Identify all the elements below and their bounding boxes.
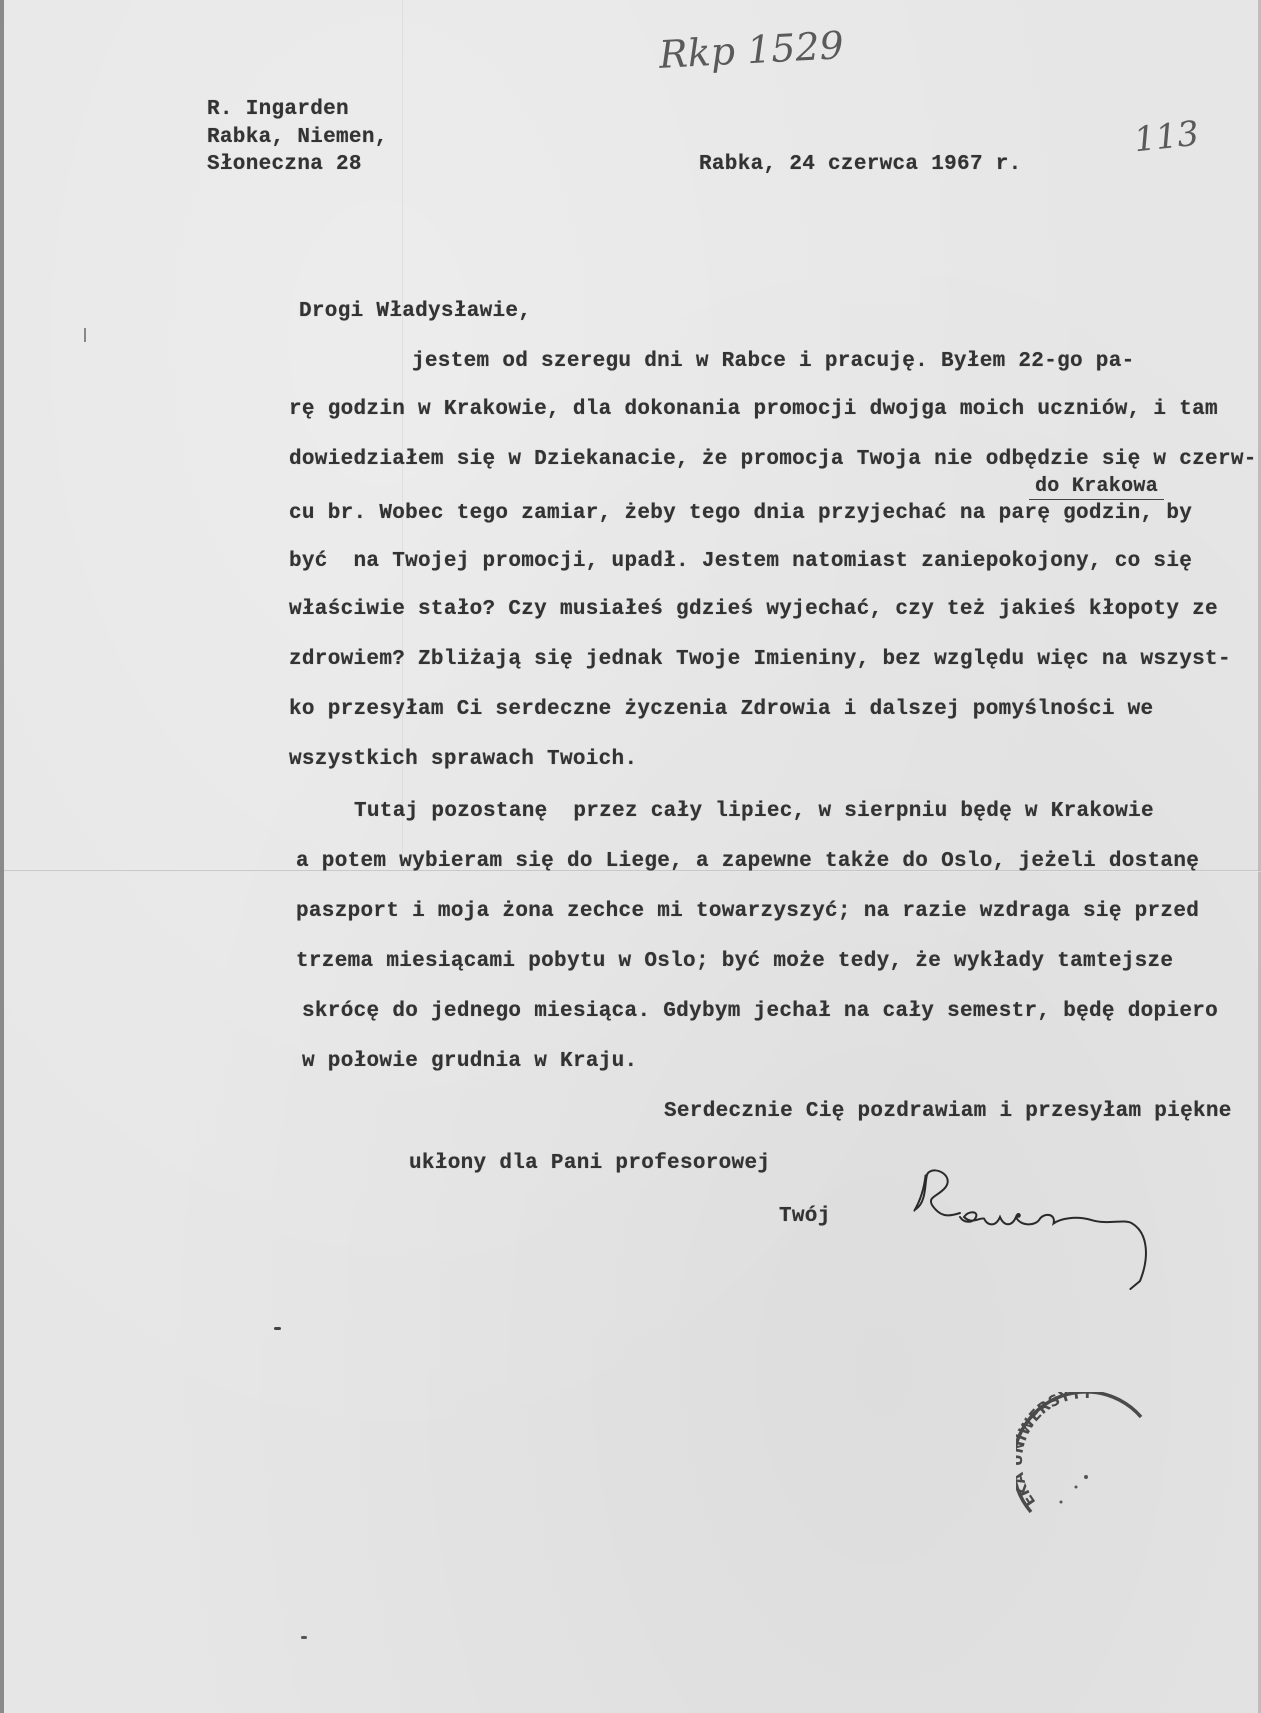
date-line: Rabka, 24 czerwca 1967 r. <box>699 153 1022 176</box>
body-line: właściwie stało? Czy musiałeś gdzieś wyj… <box>289 598 1218 621</box>
body-line: cu br. Wobec tego zamiar, żeby tego dnia… <box>289 502 1192 525</box>
body-line: trzema miesiącami pobytu w Oslo; być moż… <box>296 950 1173 973</box>
salutation: Drogi Władysławie, <box>299 300 531 323</box>
body-line: skrócę do jednego miesiąca. Gdybym jecha… <box>302 1000 1218 1023</box>
body-line: paszport i moja żona zechce mi towarzysz… <box>296 900 1199 923</box>
body-line: zdrowiem? Zbliżają się jednak Twoje Imie… <box>289 648 1231 671</box>
archive-page-number: 113 <box>1132 114 1201 161</box>
body-line: a potem wybieram się do Liege, a zapewne… <box>296 850 1199 873</box>
body-line: być na Twojej promocji, upadł. Jestem na… <box>289 550 1192 573</box>
paper-speck <box>84 328 86 342</box>
handwritten-insertion: do Krakowa <box>1029 475 1164 500</box>
sender-address-line2: Rabka, Niemen, <box>207 126 388 149</box>
paper-fold-vertical <box>402 0 403 870</box>
body-line: w połowie grudnia w Kraju. <box>302 1050 637 1073</box>
closing-line2: ukłony dla Pani profesorowej <box>409 1152 770 1175</box>
body-line: Tutaj pozostanę przez cały lipiec, w sie… <box>354 800 1154 823</box>
svg-text:EKA UNIWERSYTT: EKA UNIWERSYTT <box>1016 1392 1093 1510</box>
letter-page: Rkp 1529 113 R. Ingarden Rabka, Niemen, … <box>0 0 1261 1713</box>
body-line: rę godzin w Krakowie, dla dokonania prom… <box>289 398 1218 421</box>
sender-name: R. Ingarden <box>207 98 349 121</box>
archive-catalog-number: Rkp 1529 <box>658 23 845 77</box>
signature-icon <box>884 1148 1204 1318</box>
body-line: dowiedziałem się w Dziekanacie, że promo… <box>289 448 1257 471</box>
closing-line1: Serdecznie Cię pozdrawiam i przesyłam pi… <box>664 1100 1232 1123</box>
paper-speck <box>301 1636 307 1639</box>
sender-address-line3: Słoneczna 28 <box>207 153 362 176</box>
library-stamp-icon: EKA UNIWERSYTT <box>1016 1392 1166 1542</box>
body-line: ko przesyłam Ci serdeczne życzenia Zdrow… <box>289 698 1153 721</box>
stamp-text: EKA UNIWERSYTT <box>1016 1392 1093 1510</box>
body-line: wszystkich sprawach Twoich. <box>289 748 637 771</box>
valediction: Twój <box>779 1205 831 1228</box>
body-line: jestem od szeregu dni w Rabce i pracuję.… <box>412 350 1135 373</box>
paper-speck <box>274 1327 281 1330</box>
